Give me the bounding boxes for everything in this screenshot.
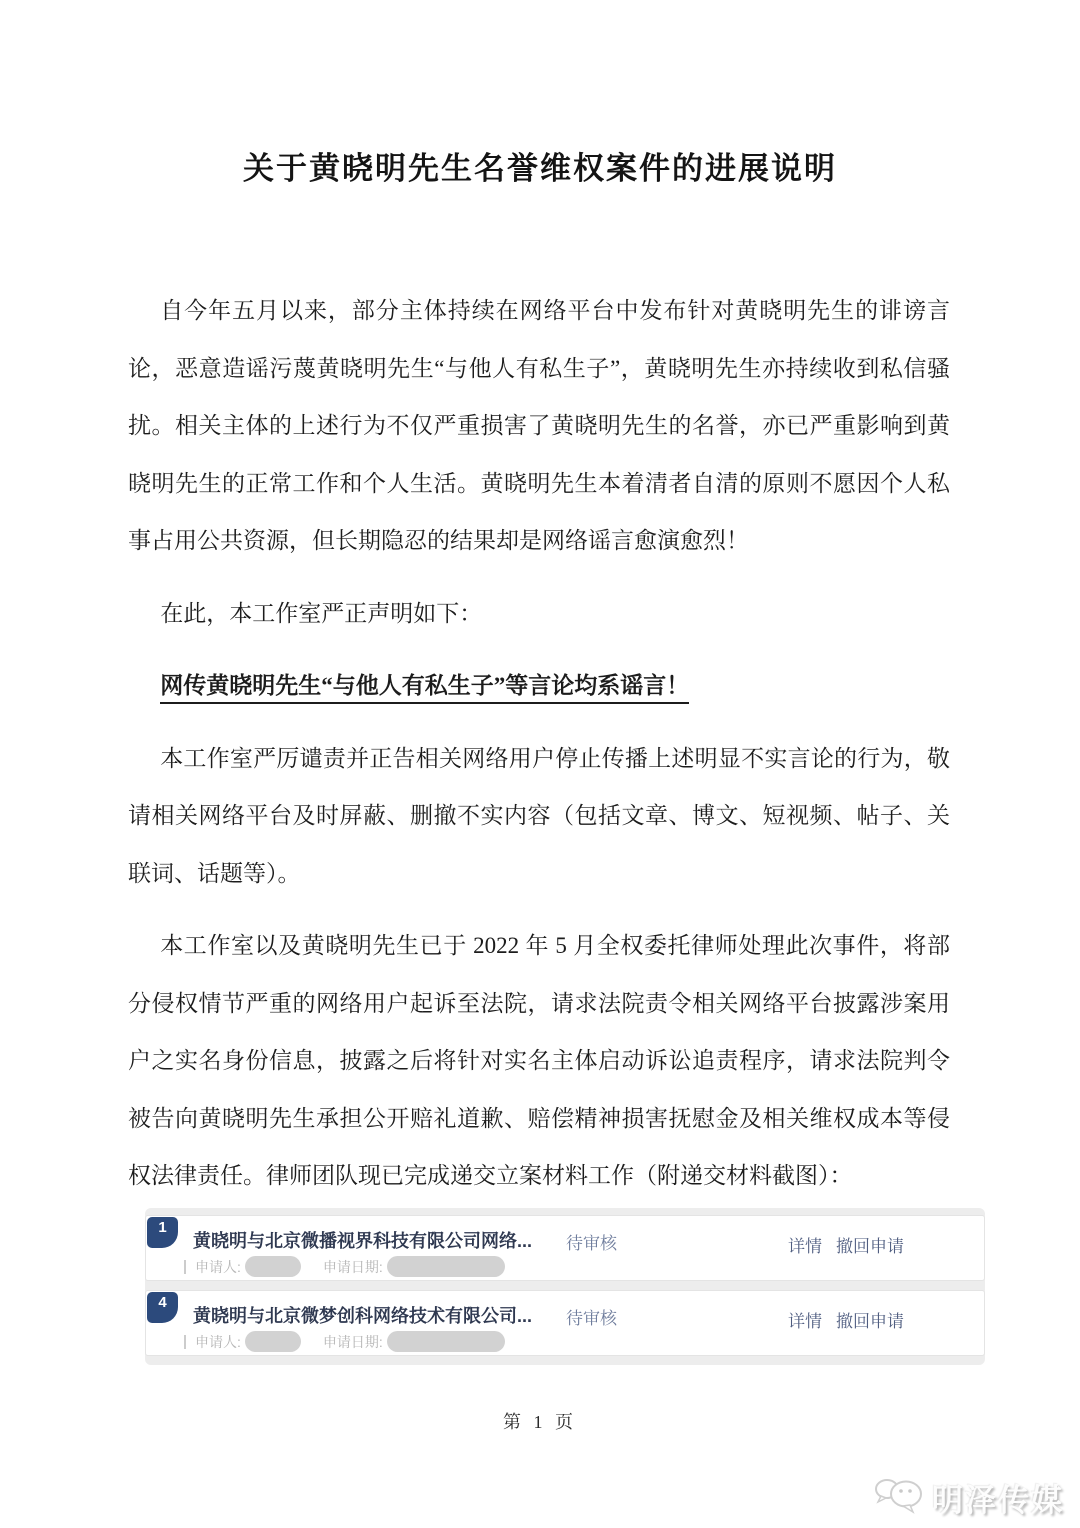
paragraph-legal: 本工作室以及黄晓明先生已于 2022 年 5 月全权委托律师处理此次事件，将部分… <box>128 917 950 1205</box>
application-date-label: 申请日期: <box>323 1257 383 1277</box>
applicant-label: 申请人: <box>195 1332 241 1352</box>
document-body: 自今年五月以来，部分主体持续在网络平台中发布针对黄晓明先生的诽谤言论，恶意造谣污… <box>128 282 950 1220</box>
paragraph-condemn: 本工作室严厉谴责并正告相关网络用户停止传播上述明显不实言论的行为，敬请相关网络平… <box>128 730 950 903</box>
case-title: 黄晓明与北京微播视界科技有限公司网络... <box>193 1227 532 1253</box>
status-badge: 待审核 <box>566 1304 617 1329</box>
page-number: 第 1 页 <box>0 1408 1080 1434</box>
redacted-applicant-value <box>245 1331 301 1352</box>
case-filing-screenshot: 1 黄晓明与北京微播视界科技有限公司网络... 待审核 详情 撤回申请 申请人:… <box>145 1208 985 1365</box>
status-badge: 待审核 <box>566 1229 617 1254</box>
statement-underlined-text: 网传黄晓明先生“与他人有私生子”等言论均系谣言！ <box>160 673 689 704</box>
case-meta: 申请人: 申请日期: <box>184 1331 505 1352</box>
withdraw-request-link[interactable]: 撤回申请 <box>836 1307 904 1332</box>
case-actions: 详情 撤回申请 <box>788 1232 904 1257</box>
case-number-badge: 4 <box>147 1292 178 1323</box>
case-row-1: 1 黄晓明与北京微播视界科技有限公司网络... 待审核 详情 撤回申请 申请人:… <box>145 1215 985 1281</box>
detail-link[interactable]: 详情 <box>788 1307 822 1332</box>
watermark-text: 明泽传媒 <box>932 1475 1064 1520</box>
case-title: 黄晓明与北京微梦创科网络技术有限公司... <box>193 1302 532 1328</box>
paragraph-herein: 在此，本工作室严正声明如下： <box>128 585 950 643</box>
redacted-date-value <box>387 1331 505 1352</box>
redacted-applicant-value <box>245 1256 301 1277</box>
redacted-date-value <box>387 1256 505 1277</box>
case-row-2: 4 黄晓明与北京微梦创科网络技术有限公司... 待审核 详情 撤回申请 申请人:… <box>145 1290 985 1356</box>
case-number-badge: 1 <box>147 1217 178 1248</box>
applicant-label: 申请人: <box>195 1257 241 1277</box>
paragraph-statement: 网传黄晓明先生“与他人有私生子”等言论均系谣言！ <box>128 657 950 715</box>
divider <box>184 1260 186 1274</box>
case-actions: 详情 撤回申请 <box>788 1307 904 1332</box>
page-title: 关于黄晓明先生名誉维权案件的进展说明 <box>0 143 1080 188</box>
application-date-label: 申请日期: <box>323 1332 383 1352</box>
detail-link[interactable]: 详情 <box>788 1232 822 1257</box>
withdraw-request-link[interactable]: 撤回申请 <box>836 1232 904 1257</box>
case-meta: 申请人: 申请日期: <box>184 1256 505 1277</box>
paragraph-intro: 自今年五月以来，部分主体持续在网络平台中发布针对黄晓明先生的诽谤言论，恶意造谣污… <box>128 282 950 570</box>
wechat-icon <box>874 1474 928 1521</box>
divider <box>184 1335 186 1349</box>
publisher-watermark: 明泽传媒 <box>874 1474 1064 1521</box>
